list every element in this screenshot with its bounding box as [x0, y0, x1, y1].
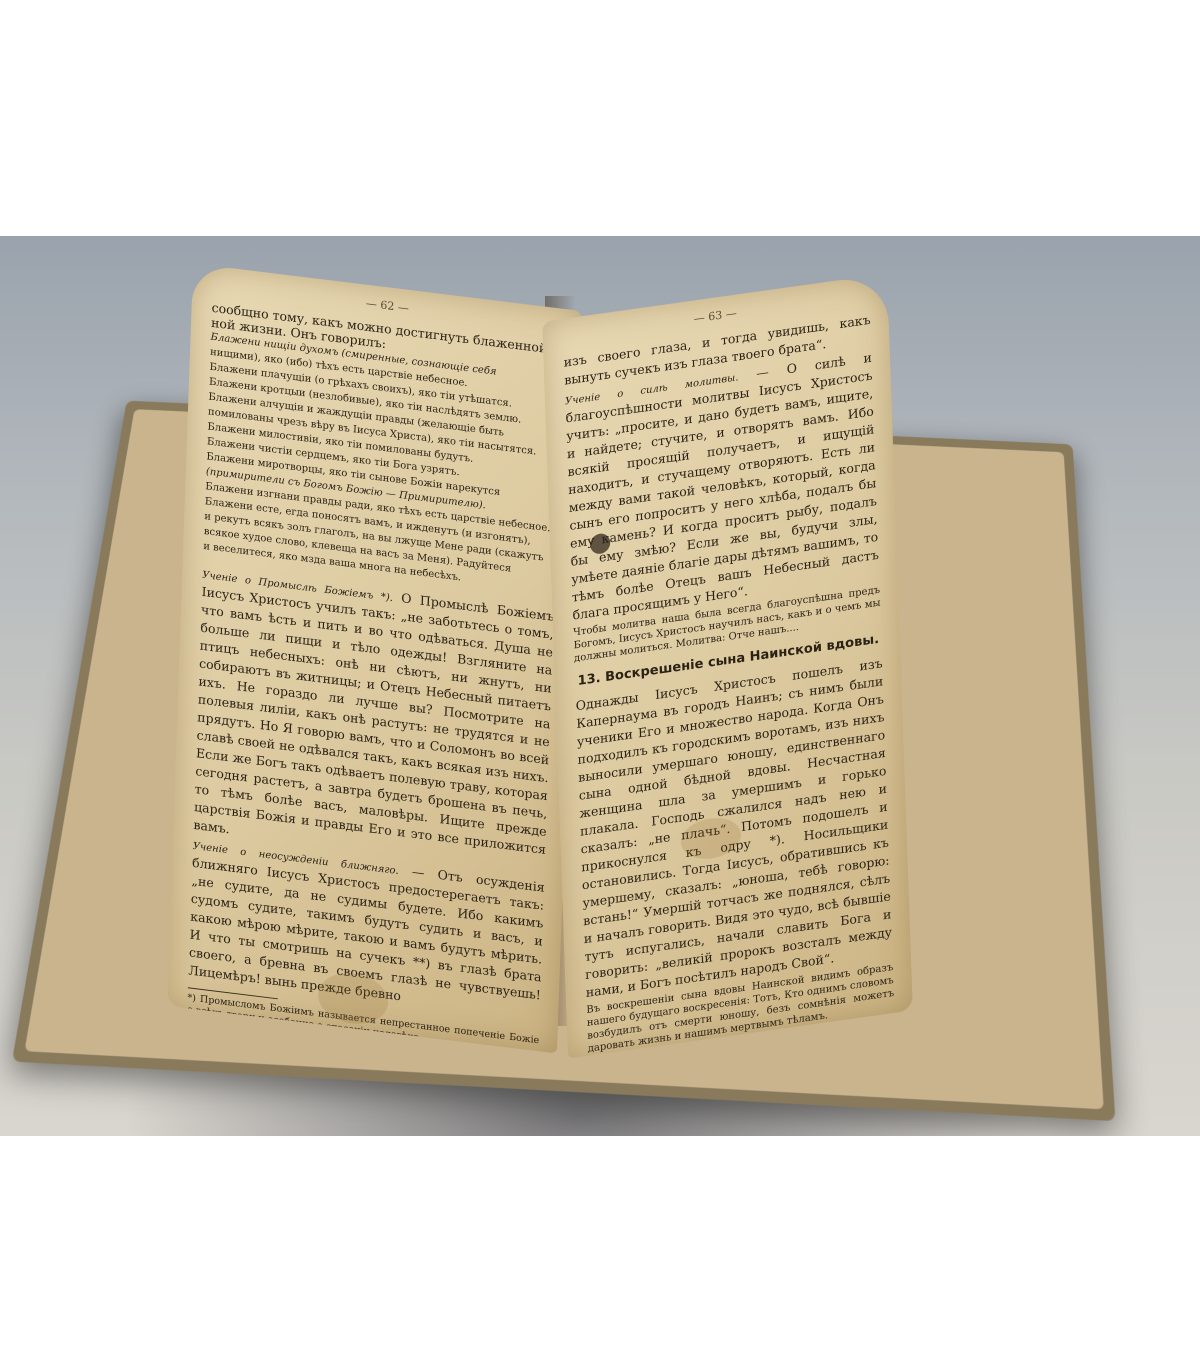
- right-page: — 63 — изъ своего глаза, и тогда увидишь…: [542, 273, 913, 1058]
- paragraph-text: О Промыслѣ Божіемъ Іисусъ Христосъ училъ…: [193, 584, 554, 857]
- beatitudes-text: сообщно тому, какъ можно достигнуть блаж…: [183, 288, 582, 598]
- right-page-body: изъ своего глаза, и тогда увидишь, какъ …: [543, 298, 913, 1058]
- book-photograph: — 62 — сообщно тому, какъ можно достигну…: [0, 236, 1200, 1136]
- left-page: — 62 — сообщно тому, какъ можно достигну…: [167, 264, 583, 1054]
